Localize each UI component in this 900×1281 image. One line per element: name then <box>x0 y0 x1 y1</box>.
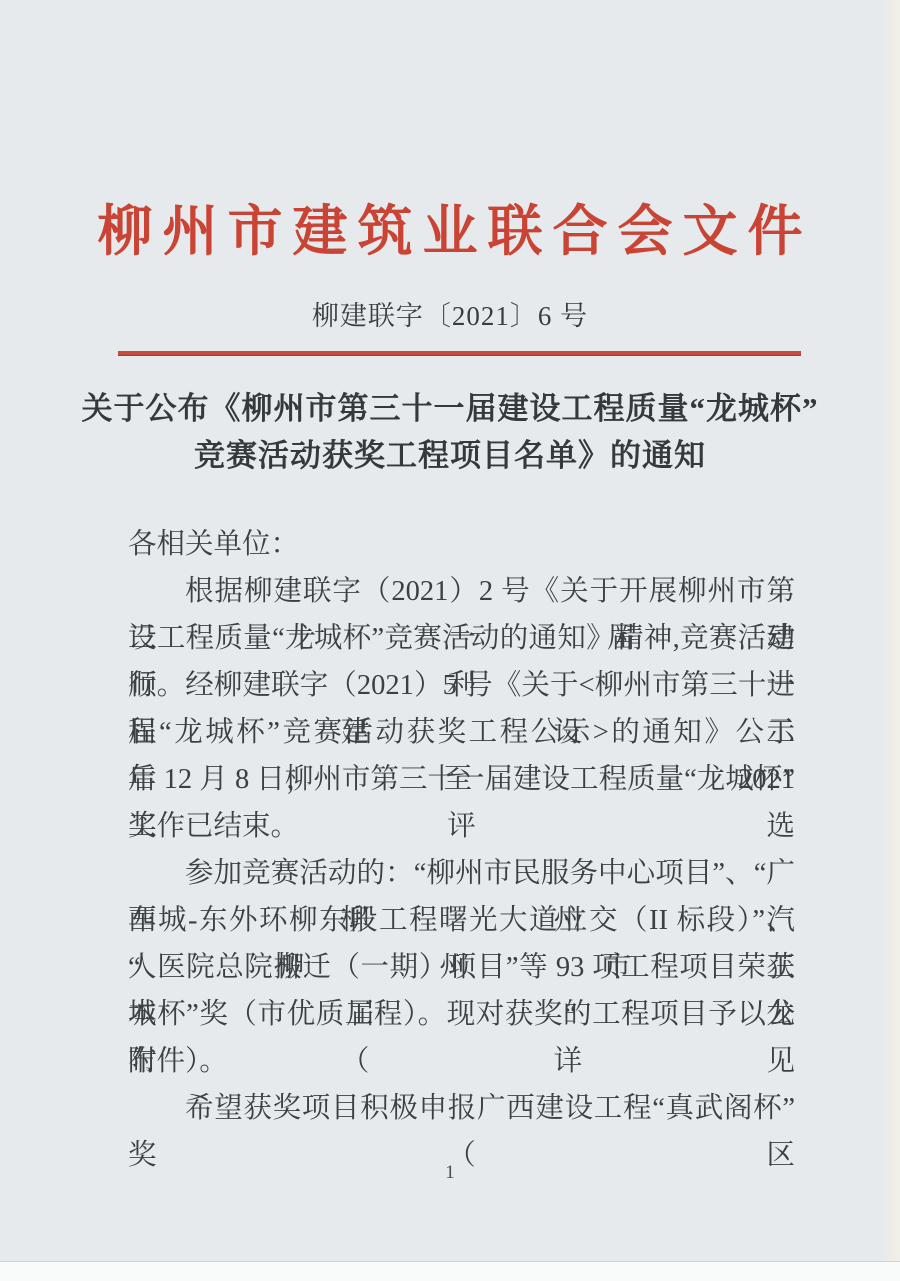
body-line: 车城-东外环柳东段工程曙光大道立交（II 标段）”、“柳州市工 <box>128 897 795 944</box>
body-line: 希望获奖项目积极申报广西建设工程“真武阁杯”奖（区 <box>128 1085 795 1132</box>
red-divider-rule <box>118 351 801 356</box>
body-line: 参加竞赛活动的：“柳州市民服务中心项目”、“广西柳州汽 <box>128 850 795 897</box>
scan-edge-bottom <box>0 1261 900 1281</box>
body-line: 设工程质量“龙城杯”竞赛活动的通知》精神,竞赛活动顺利进 <box>128 615 795 662</box>
body-line: 城杯”奖（市优质工程）。现对获奖的工程项目予以公布（详见 <box>128 991 795 1038</box>
document-number: 柳建联字〔2021〕6 号 <box>0 298 900 334</box>
scanned-document-page: 柳州市建筑业联合会文件 柳建联字〔2021〕6 号 关于公布《柳州市第三十一届建… <box>0 0 900 1281</box>
document-body: 各相关单位： 根据柳建联字（2021）2 号《关于开展柳州市第三十一届建 设工程… <box>128 521 795 1132</box>
body-line: 行。经柳建联字（2021）5 号《关于<柳州市第三十一届建设工 <box>128 662 795 709</box>
body-line: 年 12 月 8 日柳州市第三十一届建设工程质量“龙城杯”奖评选 <box>128 756 795 803</box>
body-line: 程“龙城杯”竞赛活动获奖工程公示>的通知》公示后，至 2021 <box>128 709 795 756</box>
notice-title-line-2: 竞赛活动获奖工程项目名单》的通知 <box>0 432 900 479</box>
issuing-org-title: 柳州市建筑业联合会文件 <box>0 196 900 268</box>
page-number: 1 <box>0 1158 900 1188</box>
notice-title: 关于公布《柳州市第三十一届建设工程质量“龙城杯” 竞赛活动获奖工程项目名单》的通… <box>0 385 900 479</box>
notice-title-line-1: 关于公布《柳州市第三十一届建设工程质量“龙城杯” <box>0 385 900 432</box>
scan-edge-right <box>882 0 900 1281</box>
salutation: 各相关单位： <box>128 521 795 568</box>
body-line: 人医院总院搬迁（一期）项目”等 93 项工程项目荣获本届“龙 <box>128 944 795 991</box>
body-line: 根据柳建联字（2021）2 号《关于开展柳州市第三十一届建 <box>128 568 795 615</box>
